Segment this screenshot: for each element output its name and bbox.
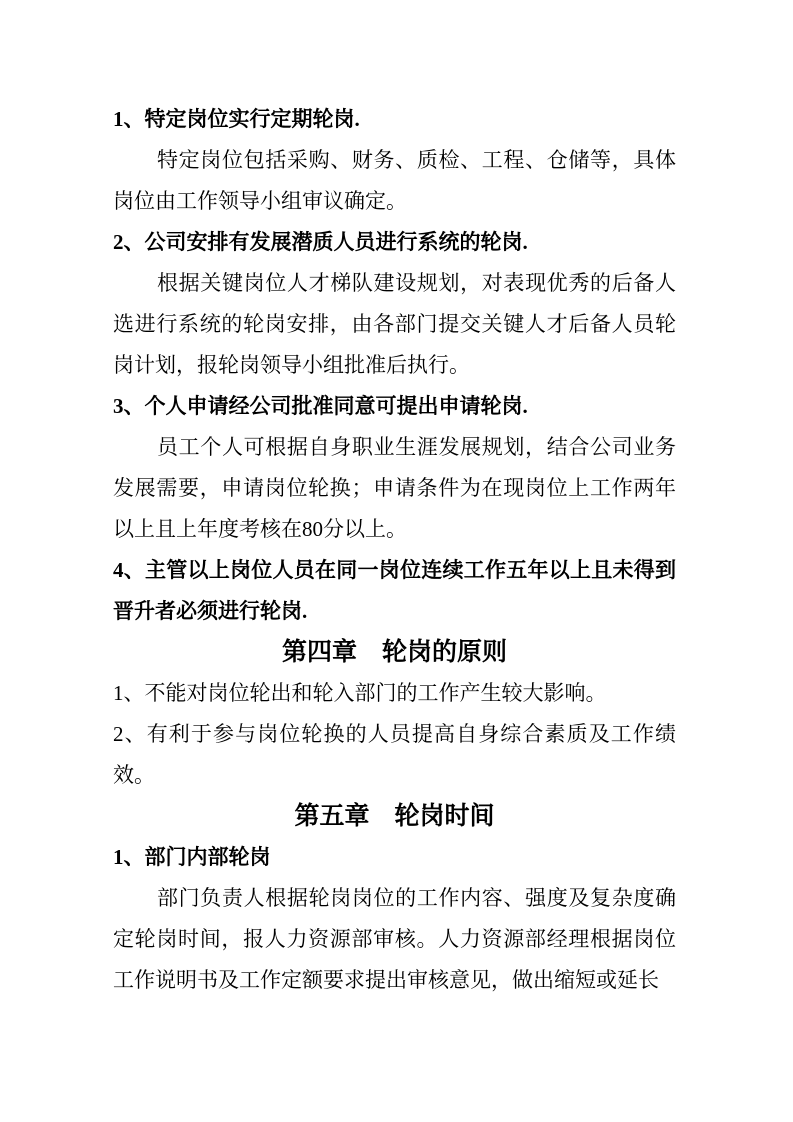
section3-paragraph-2: 根据关键岗位人才梯队建设规划，对表现优秀的后备人选进行系统的轮岗安排，由各部门提… [113, 263, 676, 386]
chapter4-item-1: 1、不能对岗位轮出和轮入部门的工作产生较大影响。 [113, 673, 676, 714]
document-page: 1、特定岗位实行定期轮岗. 特定岗位包括采购、财务、质检、工程、仓储等，具体岗位… [0, 0, 793, 1122]
chapter5-heading-1: 1、部门内部轮岗 [113, 837, 676, 878]
chapter-5-title: 第五章 轮岗时间 [113, 796, 676, 837]
section3-heading-3: 3、个人申请经公司批准同意可提出申请轮岗. [113, 386, 676, 427]
chapter5-paragraph-1: 部门负责人根据轮岗岗位的工作内容、强度及复杂度确定轮岗时间，报人力资源部审核。人… [113, 878, 676, 1001]
section3-heading-4: 4、主管以上岗位人员在同一岗位连续工作五年以上且未得到晋升者必须进行轮岗. [113, 550, 676, 632]
section3-paragraph-1: 特定岗位包括采购、财务、质检、工程、仓储等，具体岗位由工作领导小组审议确定。 [113, 140, 676, 222]
chapter4-item-2: 2、有利于参与岗位轮换的人员提高自身综合素质及工作绩效。 [113, 714, 676, 796]
document-body: 1、特定岗位实行定期轮岗. 特定岗位包括采购、财务、质检、工程、仓储等，具体岗位… [113, 99, 676, 1001]
chapter-4-title: 第四章 轮岗的原则 [113, 632, 676, 673]
section3-heading-1: 1、特定岗位实行定期轮岗. [113, 99, 676, 140]
section3-heading-2: 2、公司安排有发展潜质人员进行系统的轮岗. [113, 222, 676, 263]
section3-paragraph-3: 员工个人可根据自身职业生涯发展规划，结合公司业务发展需要，申请岗位轮换；申请条件… [113, 427, 676, 550]
